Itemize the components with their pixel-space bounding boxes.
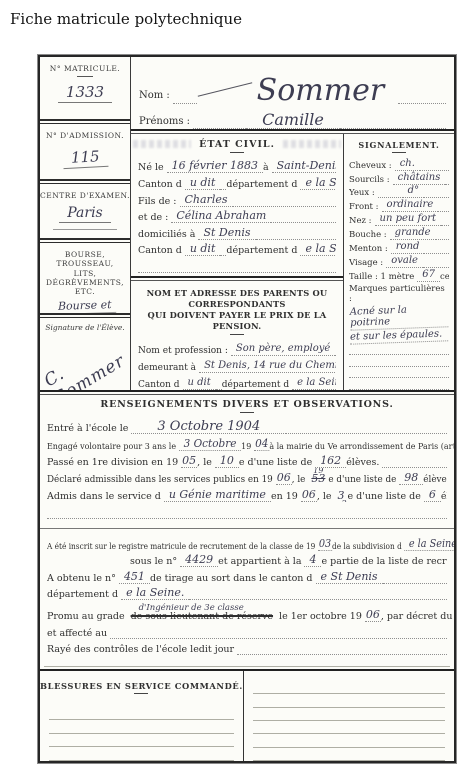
sous-numero-row: sous le n° 4429 et appartient à la 4 e p…	[130, 551, 447, 568]
cheveux-row: Cheveux : ch.	[349, 157, 449, 171]
cent-label: cent.	[440, 272, 449, 282]
admissible-label: Déclaré admissible dans les services pub…	[47, 475, 276, 485]
ruled-line	[349, 367, 449, 379]
nom-value: Sommer	[253, 76, 399, 104]
year-hand: 06	[365, 609, 381, 622]
tirage-row: A obtenu le n° 451 de tirage au sort dan…	[47, 567, 447, 584]
prenoms-label: Prénoms :	[139, 116, 193, 129]
admis-service-row: Admis dans le service d u Génie maritime…	[47, 485, 447, 502]
cheveux-value: ch.	[395, 158, 420, 171]
centre-examen-value: Paris	[59, 205, 111, 223]
departement-label: département d	[226, 179, 300, 190]
rank-correction: 3 2	[335, 489, 348, 502]
pen-flourish	[197, 82, 252, 97]
canton-value: e St Denis	[316, 571, 383, 584]
departement-value: e la Seine	[300, 243, 336, 256]
visage-row: Visage : ovale	[349, 254, 449, 268]
blessures-right-column	[244, 671, 454, 761]
promu-row: Promu au grade de sous-lieutenant de rés…	[47, 600, 447, 622]
inscrit-label: A été inscrit sur le registre matricule …	[47, 541, 318, 551]
ruled-line	[110, 637, 447, 639]
bourse-label-line1: BOURSE, TROUSSEAU,	[40, 250, 130, 268]
raye-row: Rayé des contrôles de l'école ledit jour	[47, 639, 447, 656]
top-right-area: Nom : Sommer Prénoms : Camille ÉTAT CI	[131, 57, 454, 390]
decret-label: , par décret du	[381, 611, 454, 622]
page-title: Fiche matricule polytechnique	[10, 10, 242, 28]
divider-dash	[134, 693, 148, 694]
blank-row	[47, 502, 447, 519]
bouche-label: Bouche :	[349, 230, 390, 240]
year-hand: 04	[254, 438, 269, 451]
eleves-label: élèves.	[346, 457, 382, 468]
year-prefix: en 19	[271, 491, 301, 502]
student-signature: C. Sommer	[41, 328, 130, 390]
canton-row-1: Canton d u dit département d e la Seine	[138, 173, 336, 190]
divider-dash	[230, 334, 244, 335]
numero-label: sous le n°	[130, 556, 180, 567]
profession-row: Nom et profession : Son père, employé	[138, 339, 336, 356]
list-size-value: 162	[315, 455, 346, 468]
le-label: , le	[197, 457, 215, 468]
birth-place-value: Saint-Denis	[272, 160, 336, 173]
divider-dash	[240, 412, 254, 413]
rank-correction: 53 19	[308, 472, 328, 485]
canton-row-3: Canton d u dit département d e la Seine	[138, 373, 336, 390]
visage-label: Visage :	[349, 258, 386, 268]
ruled-line	[253, 721, 445, 734]
nom-row: Nom : Sommer	[139, 57, 446, 104]
year-hand: 05	[181, 455, 197, 468]
canton-row-2: Canton d u dit département d e la Seine	[138, 240, 336, 257]
grade-corrected-value: d'Ingénieur de 3e classe	[139, 603, 244, 613]
menton-value: rond	[391, 241, 425, 254]
yeux-value: d°	[403, 185, 424, 198]
engage-label: Engagé volontaire pour 3 ans le	[47, 441, 179, 451]
canton-value: u dit	[185, 243, 221, 256]
partie-label: e partie de la liste de recrutement.	[321, 556, 447, 567]
departement-label: département d	[226, 245, 300, 256]
bourse-value-line1: Bourse et	[54, 298, 116, 313]
departement-value: e la Seine.	[121, 587, 189, 600]
promu-label: Promu au grade	[47, 611, 128, 622]
list-size-value: 6	[424, 489, 441, 502]
pension-title-line2: QUI DOIVENT PAYER LE PRIX DE LA PENSION.	[131, 310, 343, 332]
admission-label: N° D'ADMISSION.	[46, 131, 124, 140]
top-section: N° MATRICULE. 1333 N° D'ADMISSION. 115 C…	[40, 57, 454, 390]
front-label: Front :	[349, 202, 382, 212]
mother-name-value: Célina Abraham	[171, 210, 271, 223]
ruled-line	[383, 582, 447, 584]
eleves-label: élèves.	[441, 491, 447, 502]
signalement-title: SIGNALEMENT.	[344, 140, 454, 150]
departement-label: département d	[222, 380, 292, 390]
ruled-line	[49, 706, 234, 720]
canton-label: Canton d	[138, 380, 183, 390]
menton-row: Menton : rond	[349, 240, 449, 254]
renseignements-title: RENSEIGNEMENTS DIVERS ET OBSERVATIONS.	[40, 399, 454, 410]
liste-label: e d'une liste de	[328, 475, 399, 485]
fils-de-label: Fils de :	[138, 196, 180, 207]
birth-date-value: 16 février 1883	[167, 160, 263, 173]
centre-examen-label: CENTRE D'EXAMEN.	[40, 191, 130, 200]
ruled-line	[253, 748, 445, 761]
ruled-line	[49, 747, 234, 761]
marques-label: Marques particulières :	[349, 284, 449, 304]
mid-section: ÉTAT CIVIL. Né le 16 février 1883 à Sain…	[131, 134, 454, 390]
ruled-line	[189, 598, 447, 600]
centre-examen-box: CENTRE D'EXAMEN. Paris	[40, 184, 130, 238]
address-value: St Denis, 14 rue du Chemin de fer	[199, 360, 336, 373]
inscrit-row: A été inscrit sur le registre matricule …	[47, 534, 454, 551]
sourcils-row: Sourcils : châtains	[349, 171, 449, 185]
engage-date-value: 3 Octobre	[179, 438, 241, 451]
rank-corrected-value: 19	[313, 468, 323, 475]
le-label: , le	[317, 491, 335, 502]
ruled-line	[382, 466, 447, 468]
canton-value: u dit	[183, 377, 216, 390]
list-size-value: 98	[399, 472, 423, 485]
ruled-line	[349, 355, 449, 367]
ruled-line	[138, 271, 336, 273]
recrutement-section: A été inscrit sur le registre matricule …	[40, 528, 454, 669]
pension-block: NOM ET ADRESSE DES PARENTS OU CORRESPOND…	[131, 281, 343, 390]
year-hand: 06	[301, 489, 317, 502]
ruled-line	[237, 653, 447, 655]
departement-value: e la Seine	[300, 177, 336, 190]
mairie-label: à la mairie du Ve arrondissement de Pari…	[269, 441, 453, 451]
nez-row: Nez : un peu fort	[349, 212, 449, 226]
grade-correction: de sous-lieutenant de réserve d'Ingénieu…	[131, 611, 276, 622]
passe-division-row: Passé en 1re division en 19 05 , le 10 e…	[47, 451, 447, 468]
sourcils-value: châtains	[393, 172, 446, 185]
entre-label: Entré à l'école le	[47, 423, 131, 434]
obtenu-label: A obtenu le n°	[47, 573, 119, 584]
menton-label: Menton :	[349, 244, 391, 254]
bourse-box: BOURSE, TROUSSEAU, LITS, DÉGRÈVEMENTS, E…	[40, 243, 130, 313]
et-de-label: et de :	[138, 212, 171, 223]
left-sidebar: N° MATRICULE. 1333 N° D'ADMISSION. 115 C…	[40, 57, 131, 390]
taille-value: 67	[417, 269, 440, 282]
nom-label: Nom :	[139, 90, 173, 104]
pension-title-line1: NOM ET ADRESSE DES PARENTS OU CORRESPOND…	[131, 288, 343, 310]
prenoms-row: Prénoms : Camille	[139, 104, 446, 129]
partie-value: 4	[304, 554, 321, 567]
nez-label: Nez :	[349, 216, 375, 226]
matriculation-sheet: N° MATRICULE. 1333 N° D'ADMISSION. 115 C…	[38, 55, 456, 763]
passe-label: Passé en 1re division en 19	[47, 457, 181, 468]
yeux-label: Yeux :	[349, 188, 378, 198]
ruled-line	[44, 655, 450, 667]
demeurant-label: demeurant à	[138, 363, 199, 373]
domicile-value: St Denis	[198, 227, 255, 240]
admissible-row: Déclaré admissible dans les services pub…	[47, 468, 447, 485]
domicilies-row: domiciliés à St Denis	[138, 223, 336, 240]
yeux-row: Yeux : d°	[349, 185, 449, 199]
bouche-row: Bouche : grande	[349, 226, 449, 240]
departement-value: e la Seine	[292, 377, 336, 390]
departement-label: département d	[47, 589, 121, 600]
profession-label: Nom et profession :	[138, 346, 231, 356]
canton-label: de tirage au sort dans le canton d	[150, 573, 316, 584]
taille-label: Taille : 1 mètre	[349, 272, 417, 282]
departement-row: département d e la Seine.	[47, 584, 447, 601]
demeurant-row: demeurant à St Denis, 14 rue du Chemin d…	[138, 356, 336, 373]
appartient-label: et appartient à la	[218, 556, 304, 567]
divider-dash	[392, 152, 406, 153]
admis-label: Admis dans le service d	[47, 491, 164, 502]
year-prefix: 19	[241, 441, 254, 451]
liste-label: e d'une liste de	[239, 457, 315, 468]
engage-row: Engagé volontaire pour 3 ans le 3 Octobr…	[47, 434, 454, 451]
signature-box: Signature de l'Élève. C. Sommer	[40, 318, 130, 390]
blank-row	[138, 256, 336, 273]
canton-label: Canton d	[138, 179, 185, 190]
subdivision-value: e la Seine (1er Bon)	[404, 538, 454, 551]
sourcils-label: Sourcils :	[349, 175, 393, 185]
etat-civil-column: ÉTAT CIVIL. Né le 16 février 1883 à Sain…	[131, 134, 343, 390]
ne-le-row: Né le 16 février 1883 à Saint-Denis	[138, 157, 336, 174]
tirage-value: 451	[119, 571, 150, 584]
father-name-value: Charles	[180, 194, 233, 207]
entre-ecole-row: Entré à l'école le 3 Octobre 1904	[47, 417, 447, 434]
marques-value-line1: Acné sur la poitrine	[350, 303, 449, 330]
service-value: u Génie maritime	[164, 489, 271, 502]
ruled-line	[253, 708, 445, 721]
entry-date-value: 3 Octobre 1904	[131, 421, 286, 434]
etat-civil-title: ÉTAT CIVIL.	[199, 139, 275, 150]
classe-value: 03	[318, 538, 332, 551]
divider-dash	[230, 152, 244, 153]
eleves-label: élèves.	[423, 475, 447, 485]
visage-value: ovale	[386, 255, 423, 268]
profession-value: Son père, employé	[231, 343, 335, 356]
matricule-label: N° MATRICULE.	[50, 64, 120, 73]
canton-value: u dit	[185, 177, 221, 190]
ruled-line	[349, 378, 449, 390]
faint-stamp	[133, 140, 191, 148]
front-value: ordinaire	[382, 199, 439, 212]
ruled-line	[49, 720, 234, 734]
le-label: , le	[292, 475, 309, 485]
front-row: Front : ordinaire	[349, 198, 449, 212]
numero-value: 4429	[180, 554, 218, 567]
blessures-section: BLESSURES EN SERVICE COMMANDÉ.	[40, 669, 454, 761]
rank-value: 10	[215, 455, 239, 468]
admission-value: 115	[62, 147, 108, 169]
a-label: à	[263, 162, 272, 173]
admission-box: N° D'ADMISSION. 115	[40, 124, 130, 179]
nez-value: un peu fort	[375, 213, 442, 226]
domicilies-label: domiciliés à	[138, 229, 198, 240]
ruled-line	[349, 343, 449, 355]
cheveux-label: Cheveux :	[349, 161, 395, 171]
promu-date-label: le 1er octobre 19	[279, 611, 365, 622]
rank-alt-value: 2	[342, 499, 347, 502]
blessures-title: BLESSURES EN SERVICE COMMANDÉ.	[40, 681, 243, 691]
subdivision-label: de la subdivision d	[332, 541, 404, 551]
bouche-value: grande	[390, 227, 436, 240]
fils-de-row: Fils de : Charles	[138, 190, 336, 207]
ruled-line	[253, 734, 445, 747]
ruled-line	[53, 229, 117, 230]
divider-dash	[77, 76, 93, 77]
affecte-row: et affecté au	[47, 622, 447, 639]
liste-label: e d'une liste de	[348, 491, 424, 502]
taille-row: Taille : 1 mètre 67 cent.	[349, 268, 449, 282]
ruled-line	[47, 517, 447, 519]
raye-label: Rayé des contrôles de l'école ledit jour	[47, 644, 237, 655]
ruled-line	[335, 354, 336, 356]
blank-row	[47, 519, 447, 528]
prenoms-value: Camille	[246, 112, 340, 129]
signalement-column: SIGNALEMENT. Cheveux : ch. Sourcils : ch…	[343, 134, 454, 390]
ruled-line	[253, 681, 445, 694]
blessures-left-column: BLESSURES EN SERVICE COMMANDÉ.	[40, 671, 244, 761]
matricule-value: 1333	[58, 83, 112, 103]
ruled-line	[253, 694, 445, 707]
year-hand: 06	[276, 472, 292, 485]
affecte-label: et affecté au	[47, 628, 110, 639]
etat-civil-header: ÉTAT CIVIL.	[131, 139, 343, 150]
faint-stamp	[283, 140, 341, 148]
canton-label: Canton d	[138, 245, 185, 256]
bourse-label-line2: LITS, DÉGRÈVEMENTS, ETC.	[40, 269, 130, 296]
renseignements-section: RENSEIGNEMENTS DIVERS ET OBSERVATIONS. E…	[40, 395, 454, 528]
et-de-row: et de : Célina Abraham	[138, 207, 336, 224]
ruled-line	[49, 734, 234, 748]
ne-le-label: Né le	[138, 162, 167, 173]
matricule-box: N° MATRICULE. 1333	[40, 57, 130, 119]
